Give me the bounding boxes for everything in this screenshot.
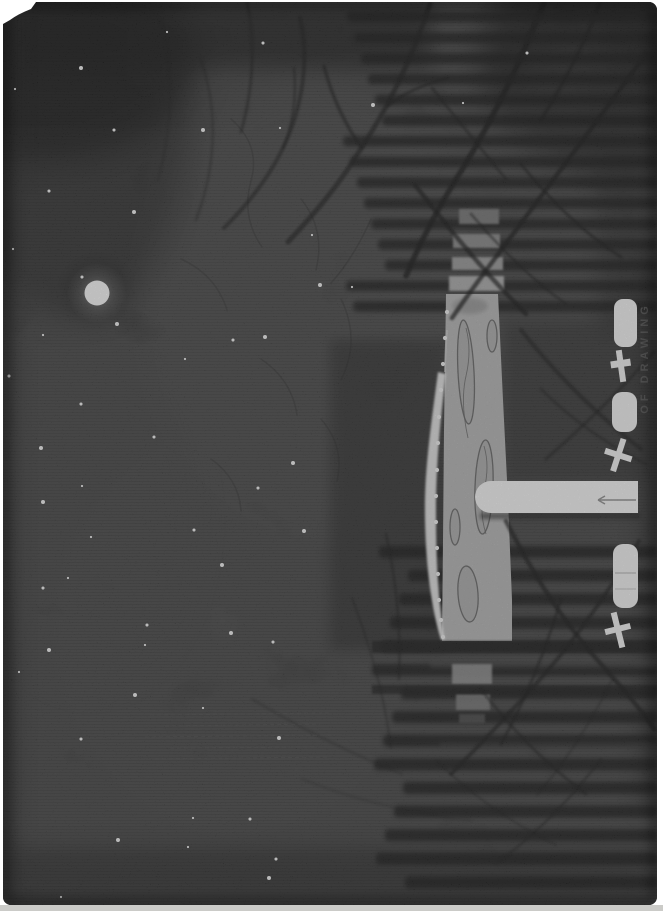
artwork-plate: OF DRAWING xyxy=(0,0,663,921)
paper-grain-light xyxy=(0,0,663,921)
